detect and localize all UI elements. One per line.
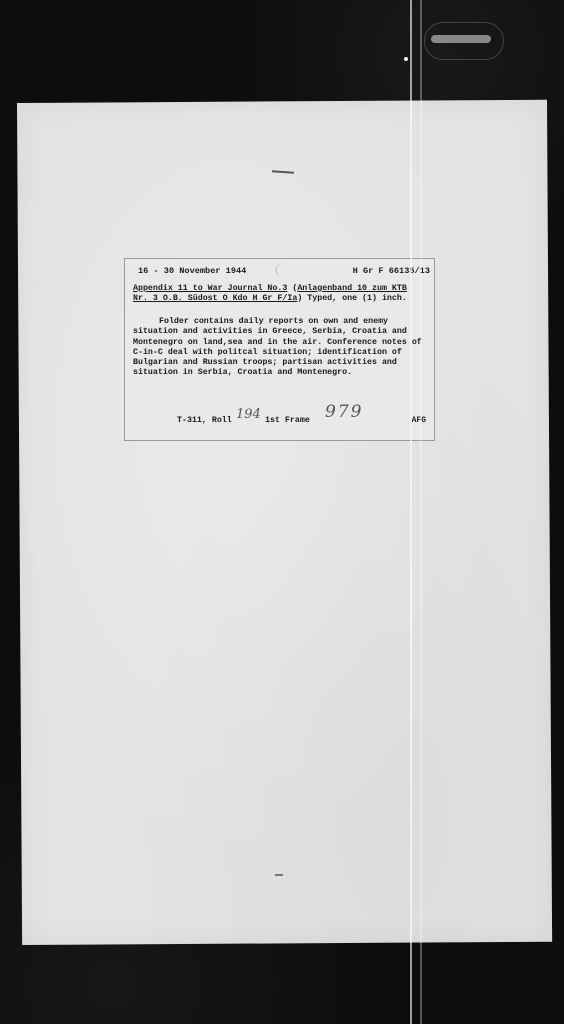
format-extent: ) Typed, one (1) inch. xyxy=(297,294,407,303)
film-scratch xyxy=(420,0,422,1024)
pen-mark xyxy=(275,874,283,876)
record-id: H Gr F 66135/13 xyxy=(353,266,430,276)
film-scratch xyxy=(410,0,412,1024)
folder-description: Folder contains daily reports on own and… xyxy=(133,317,431,379)
finding-aid-card: 16 - 30 November 1944 H Gr F 66135/13 Ap… xyxy=(124,258,435,441)
date-range: 16 - 30 November 1944 xyxy=(138,266,246,276)
first-frame-number: 979 xyxy=(325,407,363,417)
film-blemish xyxy=(424,22,504,60)
document-sheet xyxy=(17,100,552,945)
title-german: Anlagenband 10 zum KTB xyxy=(297,284,407,293)
first-frame-label: 1st Frame xyxy=(265,416,310,426)
card-footer: T-311, Roll 194 1st Frame 979 AFG xyxy=(125,412,434,428)
title-german-cont: Nr. 3 O.B. Südost O Kdo H Gr F/Ia xyxy=(133,294,297,303)
folder-title: Appendix 11 to War Journal No.3 (Anlagen… xyxy=(133,284,431,305)
filmed-by-code: AFG xyxy=(412,416,426,426)
title-english: Appendix 11 to War Journal No.3 xyxy=(133,284,287,293)
roll-number: 194 xyxy=(236,410,261,420)
microfilm-series: T-311, Roll xyxy=(177,416,232,426)
faint-stamp xyxy=(275,263,295,277)
film-dust xyxy=(404,57,408,61)
